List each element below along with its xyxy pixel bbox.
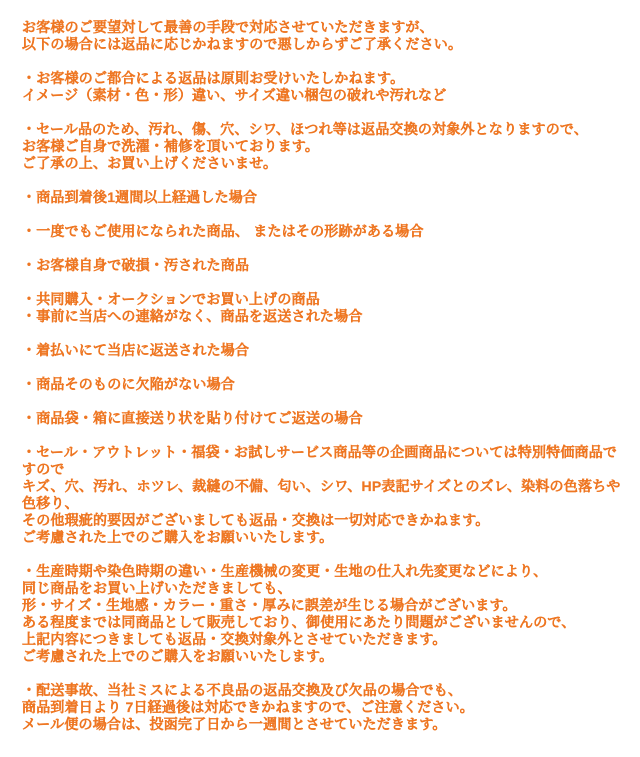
policy-line: ご了承の上、お買い上げくださいませ。 [22, 155, 626, 172]
page: { "page": { "background_color": "#ffffff… [0, 0, 640, 757]
policy-paragraph: ・共同購入・オークションでお買い上げの商品・事前に当店への連絡がなく、商品を返送… [22, 291, 626, 325]
policy-line: ・着払いにて当店に返送された場合 [22, 342, 626, 359]
policy-line: ・セール・アウトレット・福袋・お試しサービス商品等の企画商品については特別特価商… [22, 444, 626, 478]
policy-line: ・共同購入・オークションでお買い上げの商品 [22, 291, 626, 308]
policy-line: ・セール品のため、汚れ、傷、穴、シワ、ほつれ等は返品交換の対象外となりますので、 [22, 121, 626, 138]
policy-line: お客様ご自身で洗濯・補修を頂いております。 [22, 138, 626, 155]
policy-line: ・商品袋・箱に直接送り状を貼り付けてご返送の場合 [22, 410, 626, 427]
policy-line: ある程度までは同商品として販売しており、御使用にあたり問題がございませんので、 [22, 614, 626, 631]
policy-line: キズ、穴、汚れ、ホツレ、裁縫の不備、匂い、シワ、HP表記サイズとのズレ、染料の色… [22, 478, 626, 512]
policy-line: ・お客様のご都合による返品は原則お受けいたしかねます。 [22, 70, 626, 87]
policy-paragraph: お客様のご要望対して最善の手段で対応させていただきますが、以下の場合には返品に応… [22, 19, 626, 53]
policy-paragraph: ・商品到着後1週間以上経過した場合 [22, 189, 626, 206]
policy-paragraph: ・セール品のため、汚れ、傷、穴、シワ、ほつれ等は返品交換の対象外となりますので、… [22, 121, 626, 172]
policy-paragraph: ・商品そのものに欠陥がない場合 [22, 376, 626, 393]
policy-line: ご考慮された上でのご購入をお願いいたします。 [22, 529, 626, 546]
policy-paragraph: ・生産時期や染色時期の違い・生産機械の変更・生地の仕入れ先変更などにより、同じ商… [22, 563, 626, 665]
policy-paragraph: ・配送事故、当社ミスによる不良品の返品交換及び欠品の場合でも、商品到着日より 7… [22, 682, 626, 733]
policy-line: ・商品そのものに欠陥がない場合 [22, 376, 626, 393]
policy-line: メール便の場合は、投函完了日から一週間とさせていただきます。 [22, 716, 626, 733]
policy-line: 同じ商品をお買い上げいただきましても、 [22, 580, 626, 597]
policy-line: イメージ（素材・色・形）違い、サイズ違い梱包の破れや汚れなど [22, 87, 626, 104]
policy-line: 上記内容につきましても返品・交換対象外とさせていただきます。 [22, 631, 626, 648]
policy-line: ・生産時期や染色時期の違い・生産機械の変更・生地の仕入れ先変更などにより、 [22, 563, 626, 580]
policy-paragraph: ・一度でもご使用になられた商品、 またはその形跡がある場合 [22, 223, 626, 240]
policy-paragraph: ・お客様のご都合による返品は原則お受けいたしかねます。イメージ（素材・色・形）違… [22, 70, 626, 104]
policy-line: その他瑕疵的要因がございましても返品・交換は一切対応できかねます。 [22, 512, 626, 529]
policy-line: ・一度でもご使用になられた商品、 またはその形跡がある場合 [22, 223, 626, 240]
policy-paragraph: ・お客様自身で破損・汚された商品 [22, 257, 626, 274]
policy-line: 形・サイズ・生地感・カラー・重さ・厚みに誤差が生じる場合がございます。 [22, 597, 626, 614]
policy-line: ご考慮された上でのご購入をお願いいたします。 [22, 648, 626, 665]
policy-line: ・商品到着後1週間以上経過した場合 [22, 189, 626, 206]
return-policy-document: お客様のご要望対して最善の手段で対応させていただきますが、以下の場合には返品に応… [0, 0, 640, 757]
policy-line: ・お客様自身で破損・汚された商品 [22, 257, 626, 274]
policy-paragraph: ・商品袋・箱に直接送り状を貼り付けてご返送の場合 [22, 410, 626, 427]
policy-line: 以下の場合には返品に応じかねますので悪しからずご了承ください。 [22, 36, 626, 53]
policy-line: 商品到着日より 7日経過後は対応できかねますので、ご注意ください。 [22, 699, 626, 716]
policy-line: お客様のご要望対して最善の手段で対応させていただきますが、 [22, 19, 626, 36]
policy-line: ・事前に当店への連絡がなく、商品を返送された場合 [22, 308, 626, 325]
policy-line: ・配送事故、当社ミスによる不良品の返品交換及び欠品の場合でも、 [22, 682, 626, 699]
policy-paragraph: ・着払いにて当店に返送された場合 [22, 342, 626, 359]
policy-paragraph: ・セール・アウトレット・福袋・お試しサービス商品等の企画商品については特別特価商… [22, 444, 626, 546]
